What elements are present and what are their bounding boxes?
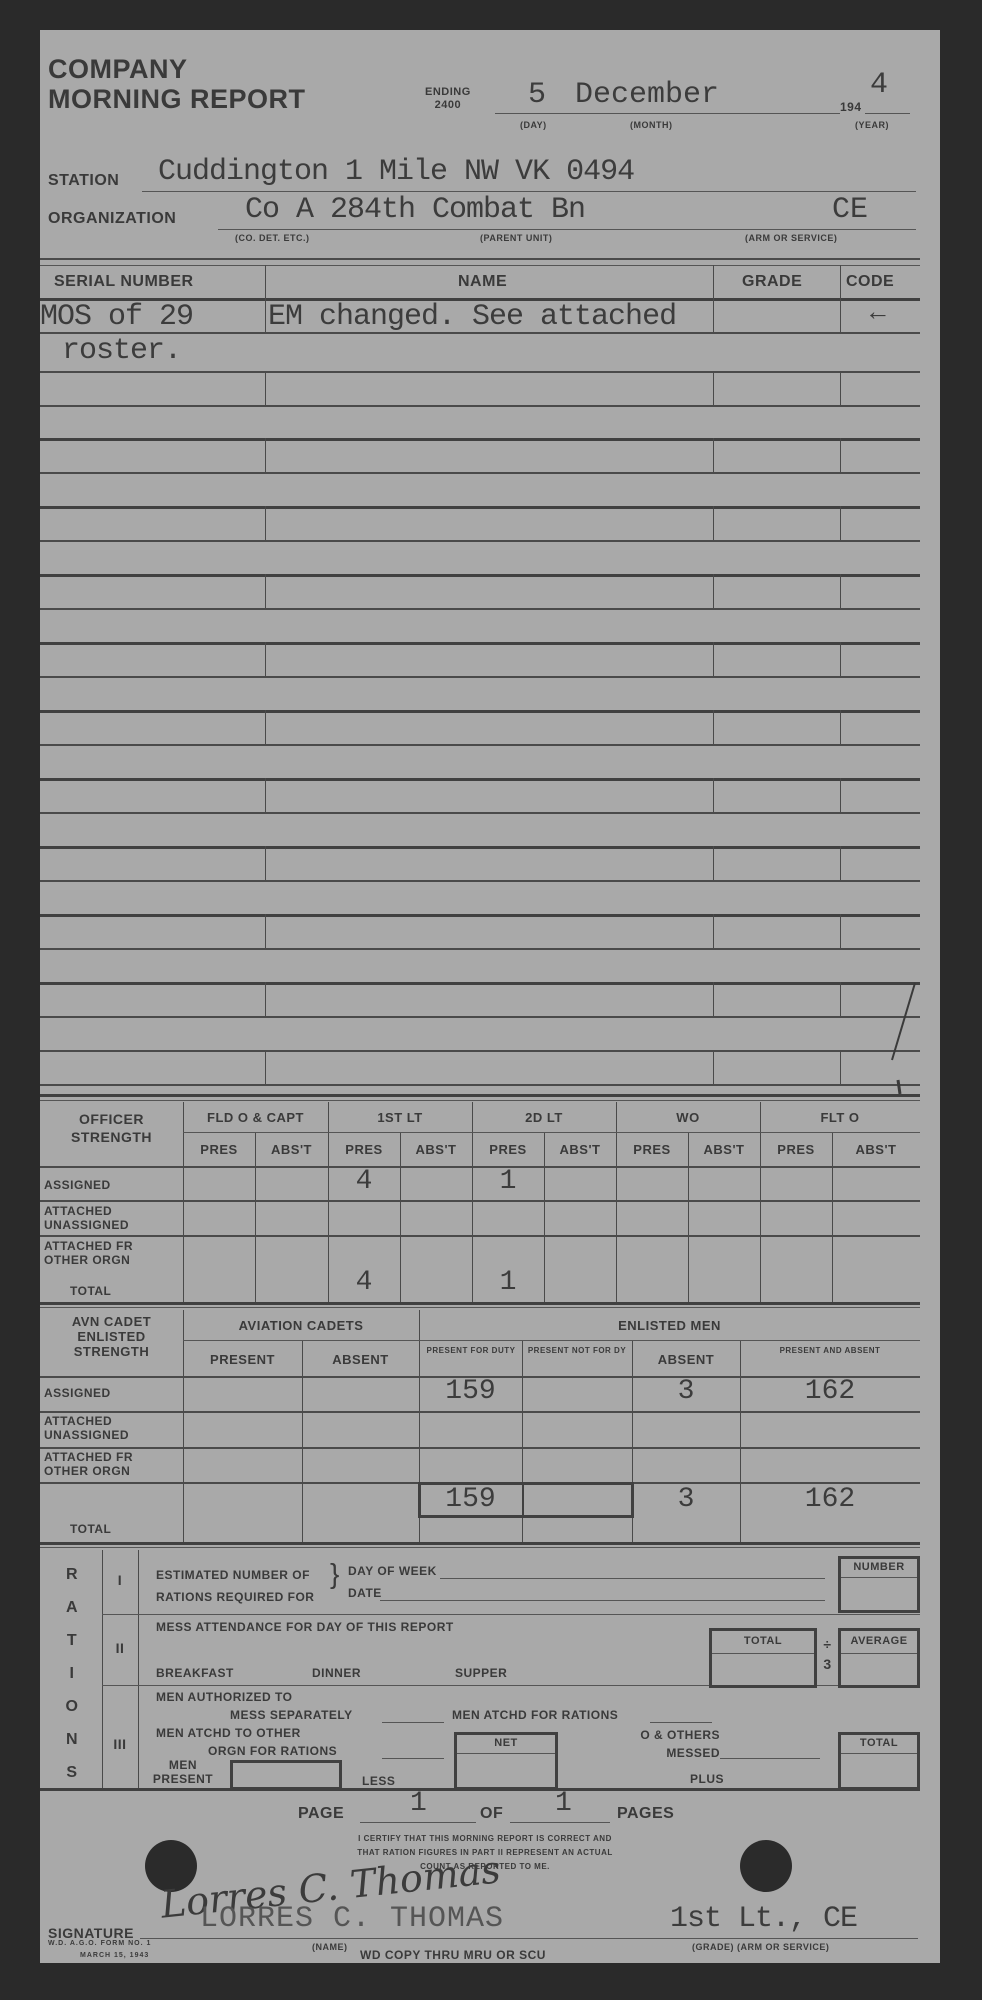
officer-strength-table: OFFICER STRENGTH FLD O & CAPT 1ST LT 2D … <box>40 1102 920 1302</box>
month-caption: (MONTH) <box>630 120 673 130</box>
net-label: NET <box>457 1737 555 1749</box>
page-label: PAGE <box>298 1805 344 1823</box>
part-2-numeral: II <box>102 1640 138 1656</box>
total-present-for-duty: 159 <box>419 1484 522 1515</box>
side-letter: A <box>60 1591 84 1624</box>
ending-text: ENDING <box>425 86 471 99</box>
form-title: COMPANY MORNING REPORT <box>48 54 306 114</box>
side-letter: T <box>60 1624 84 1657</box>
title-line-2: MORNING REPORT <box>48 84 306 114</box>
entry-serial: MOS of 29 <box>40 300 193 334</box>
men-present-label: MEN PRESENT <box>138 1758 228 1786</box>
report-year-digit: 4 <box>870 68 888 102</box>
station-value: Cuddington 1 Mile NW VK 0494 <box>158 155 634 189</box>
divide-icon: ÷ <box>817 1634 838 1654</box>
row-attached-other-label: ATTACHED FR OTHER ORGN <box>44 1239 154 1267</box>
side-letter: R <box>60 1558 84 1591</box>
part-1-line-1: ESTIMATED NUMBER OF <box>156 1564 314 1586</box>
typed-name: LORRES C. THOMAS <box>200 1902 504 1936</box>
group-2d-lt: 2D LT <box>472 1110 616 1125</box>
code-arrow-icon: ← <box>870 298 886 328</box>
assigned-present-and-absent: 162 <box>740 1376 920 1407</box>
part-1-numeral: I <box>102 1572 138 1588</box>
total-2d-lt-pres: 1 <box>472 1267 544 1298</box>
group-wo: WO <box>616 1110 760 1125</box>
bracket-mark-icon <box>840 980 920 1100</box>
ending-label: ENDING 2400 <box>425 86 471 112</box>
organization-value: Co A 284th Combat Bn <box>245 193 585 227</box>
mess-total-box: TOTAL <box>709 1628 817 1688</box>
form-date: MARCH 15, 1943 <box>80 1952 149 1959</box>
men-atchd-other-label: MEN ATCHD TO OTHER <box>156 1726 301 1740</box>
group-1st-lt: 1ST LT <box>328 1110 472 1125</box>
side-letter: O <box>60 1690 84 1723</box>
name-caption: (NAME) <box>312 1942 348 1952</box>
orgn-for-rations-label: ORGN FOR RATIONS <box>208 1744 337 1758</box>
total-pages: 1 <box>555 1788 572 1819</box>
sub-pres: PRES <box>472 1142 544 1157</box>
row-assigned-label: ASSIGNED <box>44 1386 111 1400</box>
row-total-label: TOTAL <box>70 1522 111 1536</box>
year-caption: (YEAR) <box>855 120 889 130</box>
col-absent: ABSENT <box>632 1352 740 1367</box>
col-present-not-for-duty: PRESENT NOT FOR DY <box>526 1344 628 1358</box>
group-enlisted-men: ENLISTED MEN <box>419 1318 920 1333</box>
sub-abst: ABS'T <box>400 1142 472 1157</box>
entry-continuation: roster. <box>62 334 181 368</box>
enlisted-strength-label: AVN CADET ENLISTED STRENGTH <box>40 1314 183 1359</box>
mess-total-label: TOTAL <box>712 1635 814 1647</box>
col-grade: GRADE <box>742 273 802 291</box>
col-code: CODE <box>846 273 894 291</box>
group-flt-o: FLT O <box>760 1110 920 1125</box>
others-messed-label: O & OTHERS MESSED <box>600 1726 720 1762</box>
ending-time: 2400 <box>425 99 471 112</box>
assigned-1st-lt-pres: 4 <box>328 1166 400 1197</box>
group-aviation-cadets: AVIATION CADETS <box>183 1318 419 1333</box>
dinner-label: DINNER <box>312 1666 361 1680</box>
mess-attendance-title: MESS ATTENDANCE FOR DAY OF THIS REPORT <box>156 1620 454 1634</box>
others-line-1: O & OTHERS <box>600 1726 720 1744</box>
assigned-absent: 3 <box>632 1376 740 1407</box>
date-label: DATE <box>348 1586 382 1600</box>
divisor: 3 <box>817 1654 838 1674</box>
col-name: NAME <box>458 273 507 291</box>
assigned-present-for-duty: 159 <box>419 1376 522 1407</box>
enlisted-label-3: STRENGTH <box>40 1344 183 1359</box>
row-assigned-label: ASSIGNED <box>44 1178 111 1192</box>
group-fld-o-capt: FLD O & CAPT <box>183 1110 328 1125</box>
plus-label: PLUS <box>690 1772 724 1786</box>
col-present-for-duty: PRESENT FOR DUTY <box>424 1344 518 1358</box>
row-attached-unassigned-label: ATTACHED UNASSIGNED <box>44 1414 154 1442</box>
part-1-text: ESTIMATED NUMBER OF RATIONS REQUIRED FOR <box>156 1564 314 1608</box>
enlisted-label-1: AVN CADET <box>40 1314 183 1329</box>
enlisted-strength-table: AVN CADET ENLISTED STRENGTH AVIATION CAD… <box>40 1310 920 1542</box>
col-present-and-absent: PRESENT AND ABSENT <box>760 1344 900 1358</box>
sub-pres: PRES <box>183 1142 255 1157</box>
title-line-1: COMPANY <box>48 54 306 84</box>
men-atchd-for-rations-label: MEN ATCHD FOR RATIONS <box>452 1708 618 1722</box>
total-1st-lt-pres: 4 <box>328 1267 400 1298</box>
side-letter: N <box>60 1723 84 1756</box>
entry-name: EM changed. See attached <box>268 300 676 334</box>
sub-pres: PRES <box>328 1142 400 1157</box>
org-caption-parent: (PARENT UNIT) <box>480 233 552 243</box>
supper-label: SUPPER <box>455 1666 507 1680</box>
report-day: 5 <box>528 78 546 112</box>
officer-label-1: OFFICER <box>40 1110 183 1128</box>
men-present-box <box>230 1760 342 1790</box>
men-present-line-2: PRESENT <box>138 1772 228 1786</box>
col-serial-number: SERIAL NUMBER <box>54 273 194 291</box>
sub-abst: ABS'T <box>255 1142 328 1157</box>
grade-caption: (GRADE) (ARM OR SERVICE) <box>692 1942 829 1952</box>
rations-total-label: TOTAL <box>841 1737 917 1749</box>
men-present-line-1: MEN <box>138 1758 228 1772</box>
total-absent: 3 <box>632 1484 740 1515</box>
org-caption-unit: (CO. DET. ETC.) <box>235 233 310 243</box>
rations-side-label: R A T I O N S <box>60 1558 84 1789</box>
mess-separately-label: MESS SEPARATELY <box>230 1708 353 1722</box>
of-label: OF <box>480 1805 503 1823</box>
enlisted-label-2: ENLISTED <box>40 1329 183 1344</box>
certify-line-1: I CERTIFY THAT THIS MORNING REPORT IS CO… <box>240 1832 730 1846</box>
arm-value: CE <box>832 193 868 227</box>
sub-abst: ABS'T <box>832 1142 920 1157</box>
organization-label: ORGANIZATION <box>48 210 176 228</box>
average-label: AVERAGE <box>841 1635 917 1647</box>
row-total-label: TOTAL <box>70 1284 111 1298</box>
sub-abst: ABS'T <box>544 1142 616 1157</box>
part-1-line-2: RATIONS REQUIRED FOR <box>156 1586 314 1608</box>
punch-hole-right <box>740 1840 792 1892</box>
col-cadets-absent: ABSENT <box>302 1352 419 1367</box>
form-number: W.D. A.G.O. FORM NO. 1 <box>48 1940 151 1947</box>
sub-abst: ABS'T <box>688 1142 760 1157</box>
row-attached-other-label: ATTACHED FR OTHER ORGN <box>44 1450 154 1478</box>
copy-note: WD COPY THRU MRU OR SCU <box>360 1948 546 1962</box>
day-caption: (DAY) <box>520 120 547 130</box>
row-attached-unassigned-label: ATTACHED UNASSIGNED <box>44 1204 154 1232</box>
page-number: 1 <box>410 1788 427 1819</box>
assigned-2d-lt-pres: 1 <box>472 1166 544 1197</box>
number-box-label: NUMBER <box>841 1561 917 1573</box>
sub-pres: PRES <box>760 1142 832 1157</box>
rations-total-box: TOTAL <box>838 1732 920 1790</box>
less-label: LESS <box>362 1774 395 1788</box>
officer-strength-label: OFFICER STRENGTH <box>40 1110 183 1146</box>
side-letter: S <box>60 1756 84 1789</box>
total-present-and-absent: 162 <box>740 1484 920 1515</box>
year-prefix: 194 <box>840 100 862 114</box>
station-label: STATION <box>48 172 119 190</box>
average-box: AVERAGE <box>838 1628 920 1688</box>
men-authorized-label: MEN AUTHORIZED TO <box>156 1690 293 1704</box>
day-of-week-label: DAY OF WEEK <box>348 1564 437 1578</box>
net-box: NET <box>454 1732 558 1790</box>
pages-label: PAGES <box>617 1805 674 1823</box>
grade-service: 1st Lt., CE <box>670 1902 857 1936</box>
col-cadets-present: PRESENT <box>183 1352 302 1367</box>
part-3-numeral: III <box>102 1736 138 1752</box>
org-caption-arm: (ARM OR SERVICE) <box>745 233 837 243</box>
breakfast-label: BREAKFAST <box>156 1666 234 1680</box>
signature-label: SIGNATURE <box>48 1925 134 1941</box>
sub-pres: PRES <box>616 1142 688 1157</box>
divide-by-three: ÷ 3 <box>817 1634 838 1674</box>
morning-report-form: COMPANY MORNING REPORT ENDING 2400 5 Dec… <box>40 30 940 1963</box>
ration-number-box: NUMBER <box>838 1556 920 1613</box>
rations-section: R A T I O N S I ESTIMATED NUMBER OF RATI… <box>40 1550 920 1788</box>
others-line-2: MESSED <box>600 1744 720 1762</box>
side-letter: I <box>60 1657 84 1690</box>
report-month: December <box>575 78 719 112</box>
officer-label-2: STRENGTH <box>40 1128 183 1146</box>
brace-icon: } <box>330 1558 340 1590</box>
